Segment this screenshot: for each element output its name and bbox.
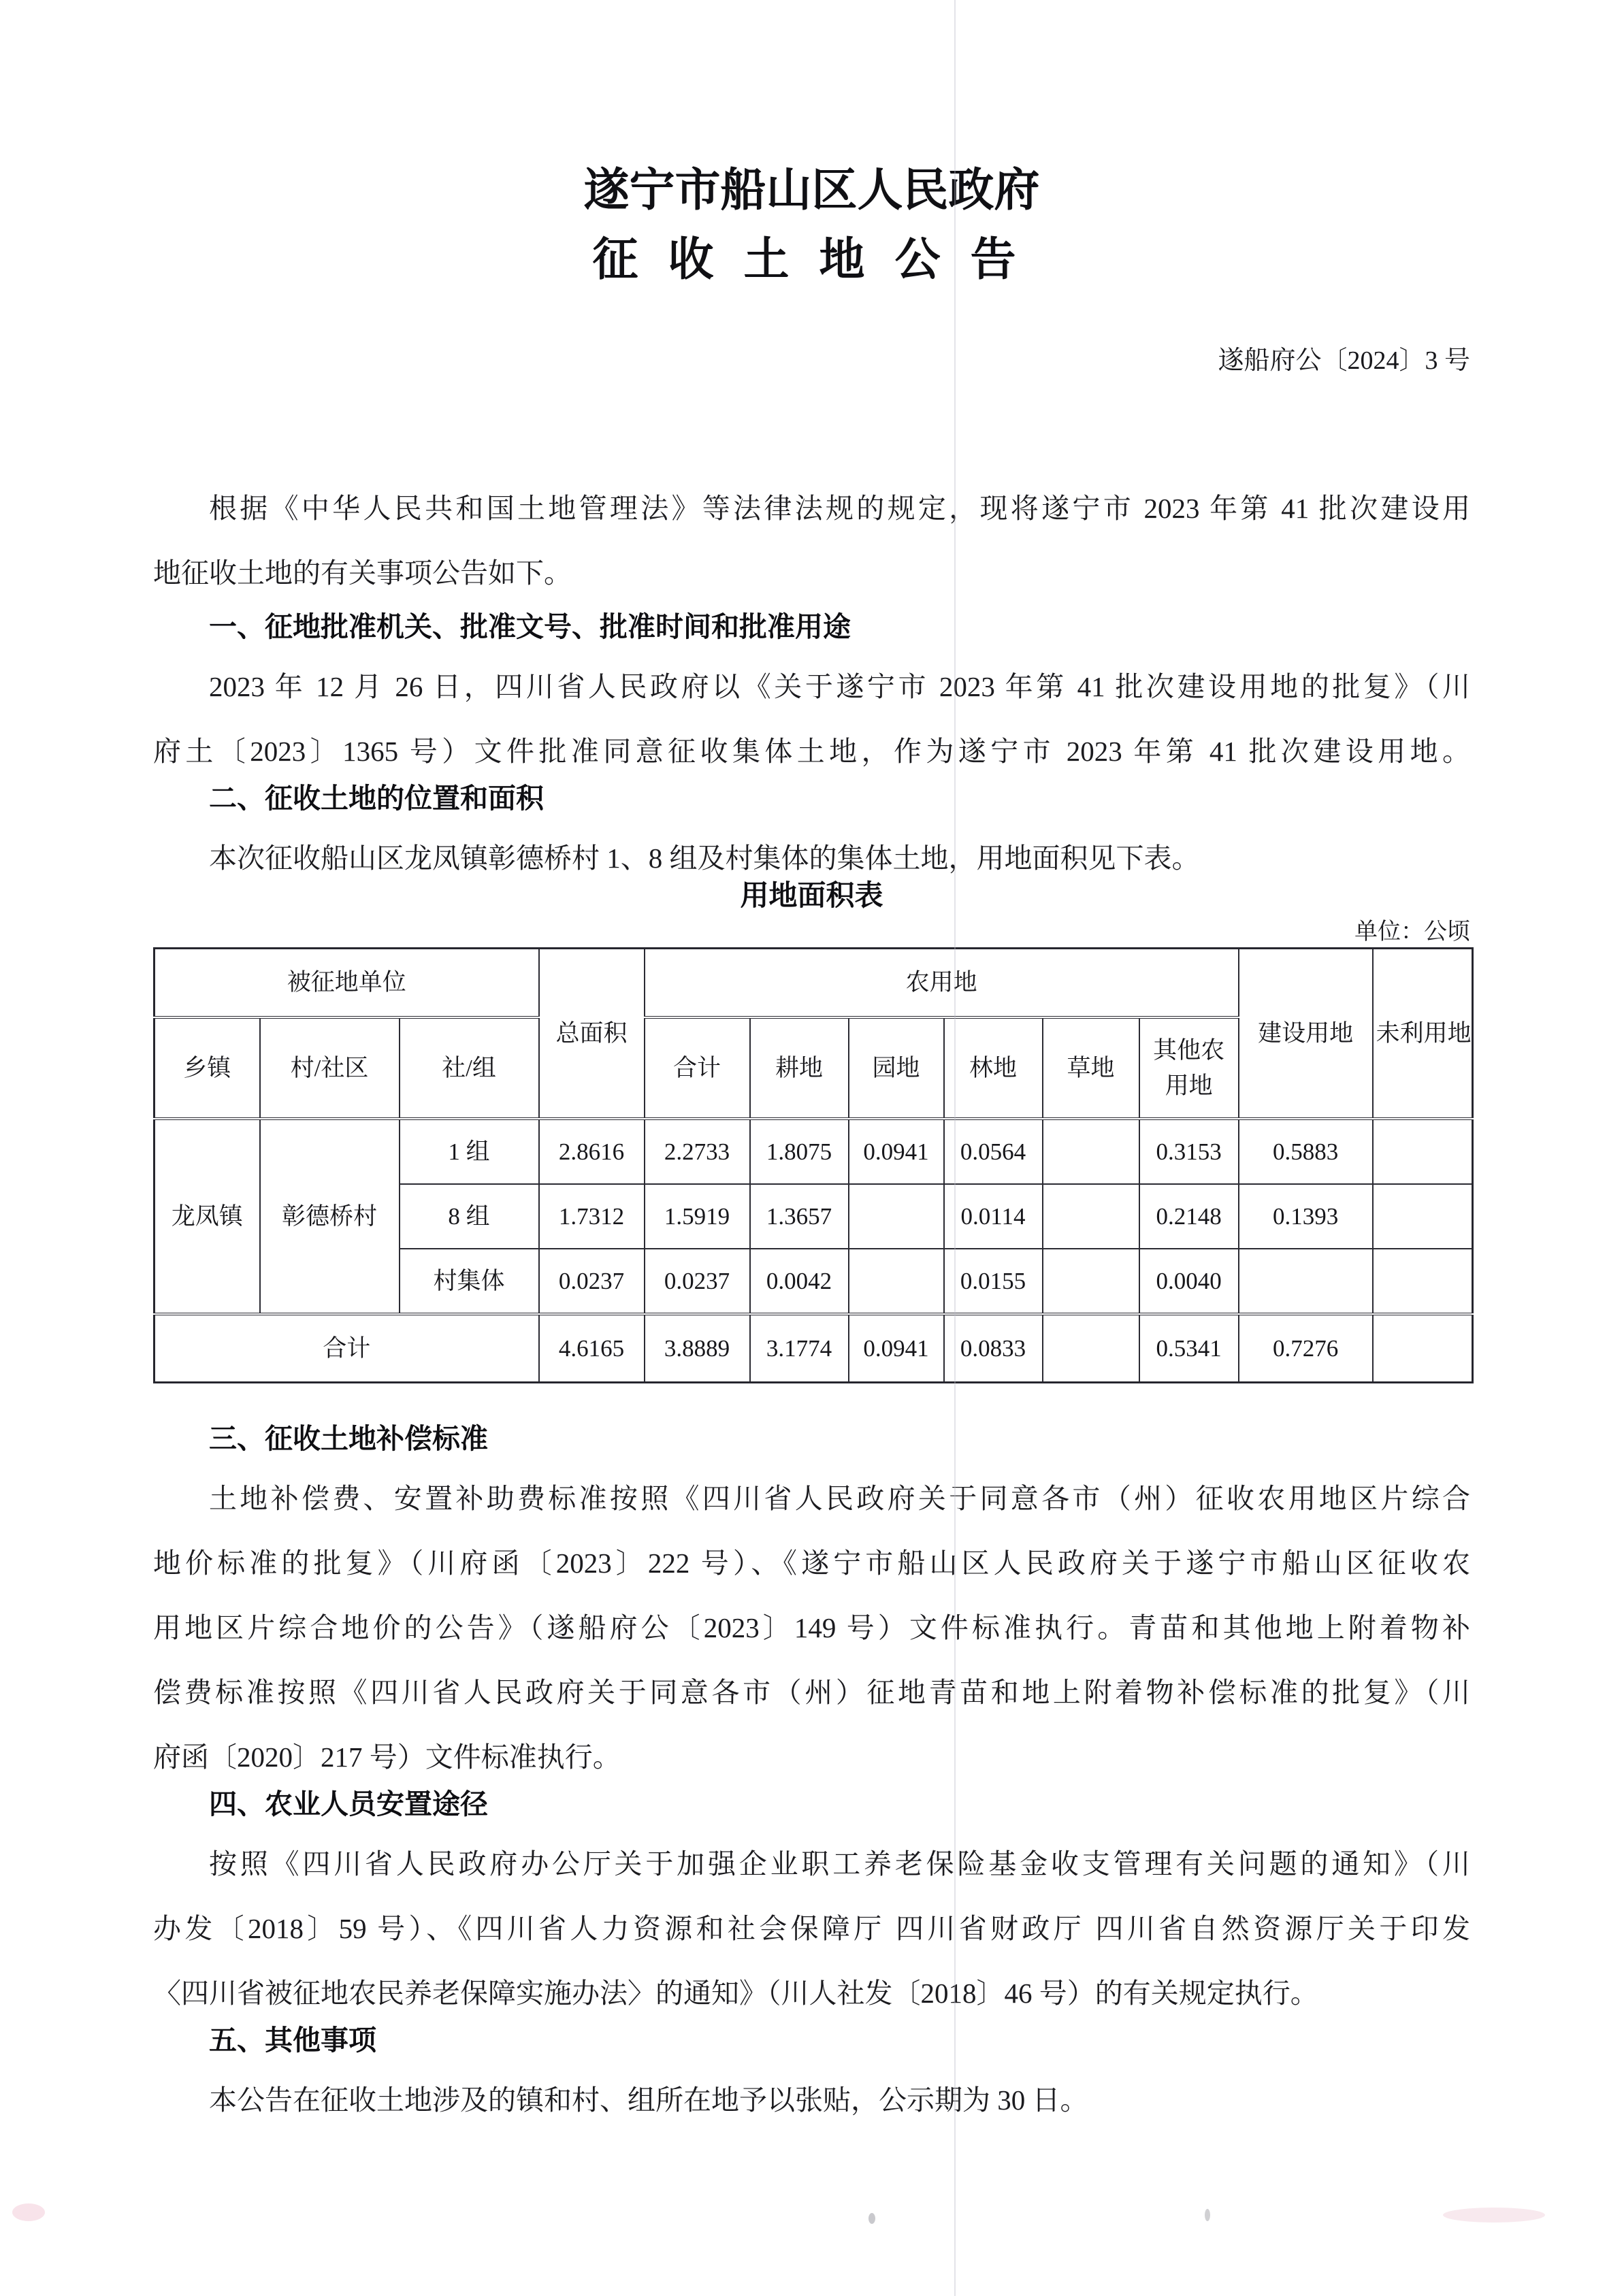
section-4-paragraph: 按照《四川省人民政府办公厅关于加强企业职工养老保险基金收支管理有关问题的通知》（…	[153, 1832, 1470, 2026]
document-page: 遂宁市船山区人民政府 征收土地公告 遂船府公〔2024〕3 号 根据《中华人民共…	[0, 0, 1624, 2296]
document-title-line2: 征收土地公告	[153, 231, 1470, 289]
cell-group8-cultivated: 1.3657	[750, 1184, 849, 1249]
header-forest-land: 林地	[944, 1017, 1043, 1119]
cell-group8-forest: 0.0114	[944, 1184, 1043, 1249]
cell-group1-forest: 0.0564	[944, 1119, 1043, 1184]
header-expropriated-unit: 被征地单位	[155, 949, 539, 1018]
paragraph-line: 偿费标准按照《四川省人民政府关于同意各市（州）征地青苗和地上附着物补偿标准的批复…	[153, 1660, 1470, 1725]
cell-group1-garden: 0.0941	[849, 1119, 944, 1184]
cell-total-cultivated: 3.1774	[750, 1314, 849, 1383]
paragraph-line: 本公告在征收土地涉及的镇和村、组所在地予以张贴，公示期为 30 日。	[153, 2068, 1470, 2133]
cell-group8-total-area: 1.7312	[539, 1184, 645, 1249]
cell-total-agri-subtotal: 3.8889	[645, 1314, 750, 1383]
cell-total-construction: 0.7276	[1239, 1314, 1373, 1383]
cell-group1-agri-subtotal: 2.2733	[645, 1119, 750, 1184]
cell-total-forest: 0.0833	[944, 1314, 1043, 1383]
document-title-line1: 遂宁市船山区人民政府	[153, 162, 1470, 219]
header-other-agricultural-line2: 用地	[1143, 1068, 1235, 1104]
paragraph-line: 2023 年 12 月 26 日，四川省人民政府以《关于遂宁市 2023 年第 …	[153, 655, 1470, 719]
cell-group1-other-agri: 0.3153	[1139, 1119, 1239, 1184]
header-agri-subtotal: 合计	[645, 1017, 750, 1119]
header-construction-land: 建设用地	[1239, 949, 1373, 1119]
paragraph-line: 地征收土地的有关事项公告如下。	[153, 541, 1470, 606]
section-3-heading: 三、征收土地补偿标准	[153, 1411, 1470, 1466]
cell-collective-cultivated: 0.0042	[750, 1249, 849, 1314]
paragraph-line: 办发〔2018〕59 号）、《四川省人力资源和社会保障厅 四川省财政厅 四川省自…	[153, 1897, 1470, 1961]
paragraph-line: 地价标准的批复》（川府函〔2023〕222 号）、《遂宁市船山区人民政府关于遂宁…	[153, 1531, 1470, 1596]
cell-group1-unused	[1373, 1119, 1473, 1184]
table-row-group1: 龙凤镇 彰德桥村 1 组 2.8616 2.2733 1.8075 0.0941…	[155, 1119, 1473, 1184]
header-grassland: 草地	[1043, 1017, 1139, 1119]
cell-total-total-area: 4.6165	[539, 1314, 645, 1383]
cell-group1-construction: 0.5883	[1239, 1119, 1373, 1184]
header-garden-land: 园地	[849, 1017, 944, 1119]
cell-group1-total-area: 2.8616	[539, 1119, 645, 1184]
cell-group8-agri-subtotal: 1.5919	[645, 1184, 750, 1249]
section-1-paragraph: 2023 年 12 月 26 日，四川省人民政府以《关于遂宁市 2023 年第 …	[153, 655, 1470, 784]
scan-artifact	[12, 2203, 45, 2221]
cell-total-label: 合计	[155, 1314, 539, 1383]
document-content: 遂宁市船山区人民政府 征收土地公告 遂船府公〔2024〕3 号 根据《中华人民共…	[0, 0, 1624, 2133]
scan-artifact	[868, 2213, 875, 2224]
cell-collective-label: 村集体	[400, 1249, 539, 1314]
cell-collective-total-area: 0.0237	[539, 1249, 645, 1314]
cell-group8-other-agri: 0.2148	[1139, 1184, 1239, 1249]
cell-total-garden: 0.0941	[849, 1314, 944, 1383]
scan-artifact	[1443, 2208, 1545, 2223]
header-other-agricultural-line1: 其他农	[1143, 1033, 1235, 1068]
cell-total-unused	[1373, 1314, 1473, 1383]
header-agricultural-land: 农用地	[645, 949, 1239, 1018]
cell-collective-unused	[1373, 1249, 1473, 1314]
section-1-heading: 一、征地批准机关、批准文号、批准时间和批准用途	[153, 599, 1470, 655]
paragraph-line: 土地补偿费、安置补助费标准按照《四川省人民政府关于同意各市（州）征收农用地区片综…	[153, 1466, 1470, 1531]
header-cultivated-land: 耕地	[750, 1017, 849, 1119]
document-number: 遂船府公〔2024〕3 号	[153, 340, 1470, 381]
cell-collective-garden	[849, 1249, 944, 1314]
section-3-paragraph: 土地补偿费、安置补助费标准按照《四川省人民政府关于同意各市（州）征收农用地区片综…	[153, 1466, 1470, 1790]
cell-township: 龙凤镇	[155, 1119, 260, 1314]
cell-total-other-agri: 0.5341	[1139, 1314, 1239, 1383]
header-township: 乡镇	[155, 1017, 260, 1119]
cell-group8-unused	[1373, 1184, 1473, 1249]
header-society-group: 社/组	[400, 1017, 539, 1119]
cell-collective-forest: 0.0155	[944, 1249, 1043, 1314]
header-other-agricultural: 其他农 用地	[1139, 1017, 1239, 1119]
header-village-community: 村/社区	[260, 1017, 400, 1119]
cell-group8-label: 8 组	[400, 1184, 539, 1249]
paragraph-line: 根据《中华人民共和国土地管理法》等法律法规的规定，现将遂宁市 2023 年第 4…	[153, 476, 1470, 541]
cell-group1-label: 1 组	[400, 1119, 539, 1184]
paragraph-line: 用地区片综合地价的公告》（遂船府公〔2023〕149 号）文件标准执行。青苗和其…	[153, 1596, 1470, 1660]
header-unused-land: 未利用地	[1373, 949, 1473, 1119]
cell-group8-construction: 0.1393	[1239, 1184, 1373, 1249]
land-area-table: 被征地单位 总面积 农用地 建设用地 未利用地 乡镇 村/社区 社/组 合计 耕…	[153, 947, 1474, 1383]
section-5-paragraph: 本公告在征收土地涉及的镇和村、组所在地予以张贴，公示期为 30 日。	[153, 2068, 1470, 2133]
cell-collective-construction	[1239, 1249, 1373, 1314]
table-unit-note: 单位：公顷	[153, 917, 1470, 947]
intro-paragraph: 根据《中华人民共和国土地管理法》等法律法规的规定，现将遂宁市 2023 年第 4…	[153, 476, 1470, 606]
cell-group1-cultivated: 1.8075	[750, 1119, 849, 1184]
cell-village: 彰德桥村	[260, 1119, 400, 1314]
cell-group8-grass	[1043, 1184, 1139, 1249]
section-4-heading: 四、农业人员安置途径	[153, 1776, 1470, 1832]
cell-collective-grass	[1043, 1249, 1139, 1314]
cell-collective-other-agri: 0.0040	[1139, 1249, 1239, 1314]
scan-artifact	[1205, 2209, 1210, 2221]
cell-group8-garden	[849, 1184, 944, 1249]
cell-collective-agri-subtotal: 0.0237	[645, 1249, 750, 1314]
cell-total-grass	[1043, 1314, 1139, 1383]
table-row-total: 合计 4.6165 3.8889 3.1774 0.0941 0.0833 0.…	[155, 1314, 1473, 1383]
paragraph-line: 按照《四川省人民政府办公厅关于加强企业职工养老保险基金收支管理有关问题的通知》（…	[153, 1832, 1470, 1897]
scan-artifact-vertical-line	[954, 0, 956, 2296]
header-total-area: 总面积	[539, 949, 645, 1119]
table-header-row-1: 被征地单位 总面积 农用地 建设用地 未利用地	[155, 949, 1473, 1018]
cell-group1-grass	[1043, 1119, 1139, 1184]
